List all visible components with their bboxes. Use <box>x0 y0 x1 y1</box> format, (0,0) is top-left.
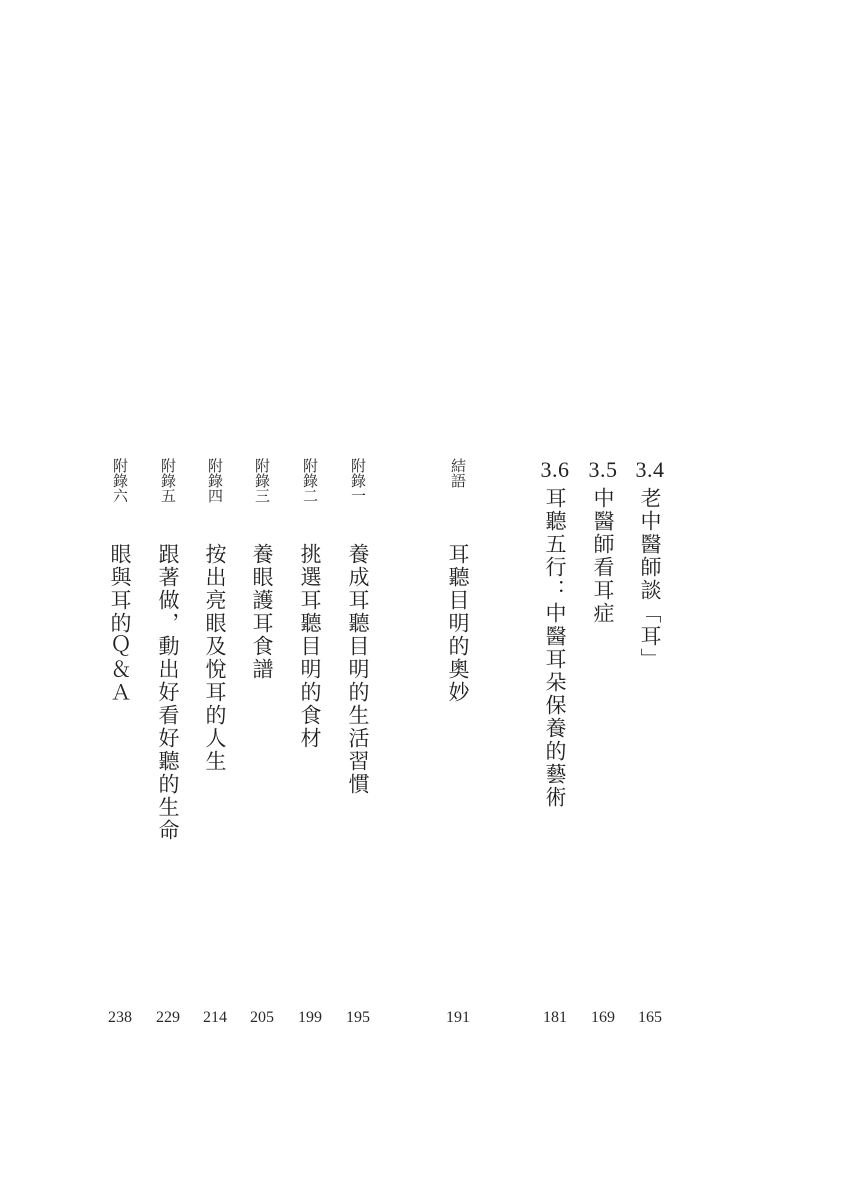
toc-entry-appendix-5[interactable]: 附錄五 跟著做，動出好看好聽的生命 229 <box>148 0 188 1200</box>
entry-label: 附錄五 <box>148 458 188 503</box>
entry-label: 附錄二 <box>290 458 330 503</box>
section-number: 3.4 <box>624 457 676 483</box>
entry-title[interactable]: 養成耳聽目明的生活習慣 <box>338 543 378 796</box>
toc-entry-3-4[interactable]: 3.4 老中醫師談「耳」 165 <box>630 0 670 1200</box>
page-number: 181 <box>525 1009 585 1027</box>
toc-entry-3-5[interactable]: 3.5 中醫師看耳症 169 <box>583 0 623 1200</box>
entry-title[interactable]: 跟著做，動出好看好聽的生命 <box>148 543 188 842</box>
entry-title[interactable]: 按出亮眼及悅耳的人生 <box>195 543 235 773</box>
toc-entry-3-6[interactable]: 3.6 耳聽五行：中醫耳朵保養的藝術 181 <box>535 0 575 1200</box>
entry-label: 結語 <box>438 458 478 488</box>
section-number: 3.6 <box>529 457 581 483</box>
entry-title[interactable]: 挑選耳聽目明的食材 <box>290 543 330 750</box>
toc-entry-appendix-1[interactable]: 附錄一 養成耳聽目明的生活習慣 195 <box>338 0 378 1200</box>
toc-entry-appendix-4[interactable]: 附錄四 按出亮眼及悅耳的人生 214 <box>195 0 235 1200</box>
toc-entry-appendix-2[interactable]: 附錄二 挑選耳聽目明的食材 199 <box>290 0 330 1200</box>
page-number: 238 <box>90 1009 150 1027</box>
toc-entry-appendix-6[interactable]: 附錄六 眼與耳的Ｑ＆Ａ 238 <box>100 0 140 1200</box>
entry-title[interactable]: 中醫師看耳症 <box>583 487 623 625</box>
entry-title[interactable]: 耳聽目明的奧妙 <box>438 543 478 704</box>
entry-title[interactable]: 老中醫師談「耳」 <box>630 487 670 671</box>
toc-entry-epilogue[interactable]: 結語 耳聽目明的奧妙 191 <box>438 0 478 1200</box>
entry-title[interactable]: 養眼護耳食譜 <box>242 543 282 681</box>
entry-label: 附錄一 <box>338 458 378 503</box>
entry-title[interactable]: 眼與耳的Ｑ＆Ａ <box>100 543 140 704</box>
section-number: 3.5 <box>577 457 629 483</box>
entry-label: 附錄三 <box>242 458 282 503</box>
entry-label: 附錄六 <box>100 458 140 503</box>
page-number: 191 <box>428 1009 488 1027</box>
entry-label: 附錄四 <box>195 458 235 503</box>
toc-entry-appendix-3[interactable]: 附錄三 養眼護耳食譜 205 <box>242 0 282 1200</box>
entry-title[interactable]: 耳聽五行：中醫耳朵保養的藝術 <box>535 487 575 809</box>
